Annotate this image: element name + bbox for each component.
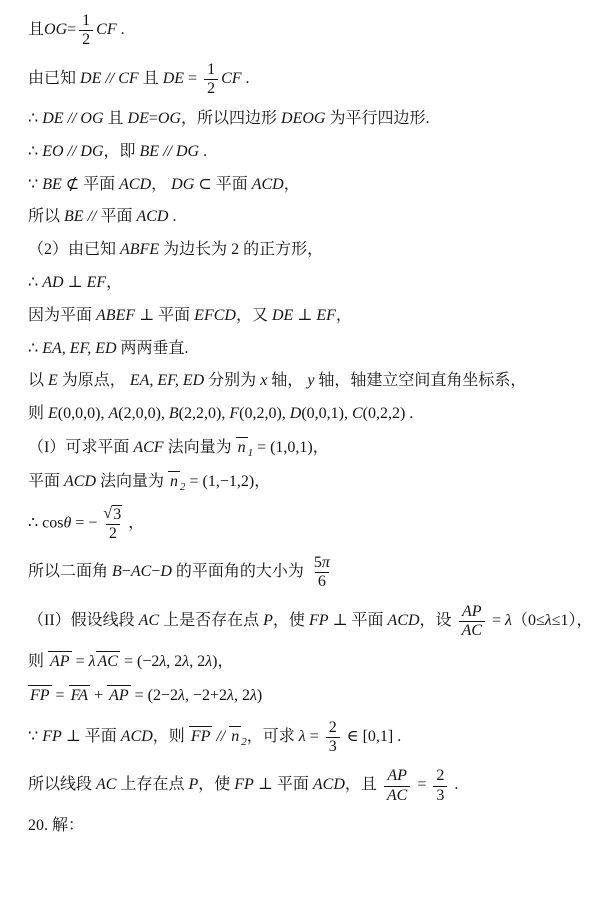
math-run: F <box>229 405 239 422</box>
fraction: 23 <box>433 767 447 804</box>
fraction: 12 <box>204 61 218 98</box>
text-run: ≤1）， <box>552 612 593 629</box>
text-run: )， <box>212 653 233 670</box>
line-2: 由已知 DE // CF 且 DE = 12CF . <box>28 61 594 98</box>
text-run: 由已知 <box>28 69 80 86</box>
vector-overline: AP <box>48 651 72 671</box>
text-run: 2 <box>436 767 444 784</box>
text-run: 20. 解： <box>28 817 84 834</box>
line-21: 所以线段 AC 上存在点 P，使 FP ⊥ 平面 ACD，且 APAC = 23… <box>28 767 594 804</box>
text-run: ∵ <box>28 176 42 193</box>
denominator: 3 <box>326 737 340 755</box>
math-run: AC <box>131 563 151 580</box>
text-run: ⊥ 平面 <box>254 776 313 793</box>
text-run: （0≤ <box>512 612 545 629</box>
text-run: − <box>122 563 131 580</box>
denominator: AC <box>384 786 410 804</box>
math-run: OG <box>158 110 181 127</box>
line-6: 所以 BE // 平面 ACD . <box>28 207 594 228</box>
fraction: 12 <box>79 12 93 49</box>
line-17: （II）假设线段 AC 上是否存在点 P，使 FP ⊥ 平面 ACD，设 APA… <box>28 603 594 640</box>
math-run: λ <box>299 728 306 745</box>
text-run: 平面 <box>28 473 64 490</box>
text-run: 3 <box>436 787 444 804</box>
math-run: FP <box>30 687 50 704</box>
square-root: √3 <box>103 505 122 523</box>
math-run: AD <box>42 274 63 291</box>
text-run: ， <box>106 274 122 291</box>
line-15: ∴ cosθ = −√32， <box>28 505 594 543</box>
text-run: (0,2,2) . <box>363 405 414 422</box>
vector-overline: AC <box>96 651 120 671</box>
text-run: (0,0,1), <box>301 405 352 422</box>
text-run: 以 <box>28 372 48 389</box>
math-run: AC <box>139 612 159 629</box>
math-run: FP <box>309 612 329 629</box>
math-run: CF <box>96 21 116 38</box>
math-run: AP <box>50 653 70 670</box>
math-run: λ <box>545 612 552 629</box>
text-run: ⊥ 平面 <box>62 728 121 745</box>
text-run: 2 <box>329 719 337 736</box>
text-run: 1 <box>207 61 215 78</box>
math-run: P <box>263 612 273 629</box>
text-run: 为边长为 2 的正方形， <box>159 241 323 258</box>
math-run: DE <box>163 69 184 86</box>
math-run: λ <box>505 612 512 629</box>
vector-overline: n <box>168 471 180 491</box>
math-run: BE // DG <box>140 143 200 160</box>
text-run: 的平面角的大小为 <box>172 563 308 580</box>
math-run: ACD <box>252 176 284 193</box>
text-run: ⊥ <box>64 274 87 291</box>
numerator: 2 <box>433 767 447 785</box>
math-run: ACD <box>313 776 345 793</box>
text-run: 为原点， <box>58 372 130 389</box>
math-run: n <box>170 473 178 490</box>
text-run: ∴ <box>28 274 42 291</box>
radical-sign: √ <box>103 505 112 522</box>
text-run: 所以 <box>28 208 64 225</box>
text-run: （2）由已知 <box>28 241 120 258</box>
text-run: ， <box>128 514 144 531</box>
text-run: 两两垂直. <box>117 340 189 357</box>
math-run: AC <box>96 776 116 793</box>
text-run: 分别为 <box>204 372 260 389</box>
math-run: AP <box>387 767 407 784</box>
math-run: C <box>352 405 363 422</box>
text-run: (0,0,0), <box>58 405 109 422</box>
text-run: ∵ <box>28 728 42 745</box>
numerator: AP <box>384 767 410 785</box>
line-7: （2）由已知 ABFE 为边长为 2 的正方形， <box>28 240 594 261</box>
text-run: 所以线段 <box>28 776 96 793</box>
math-run: AC <box>462 622 482 639</box>
math-run: OG <box>44 21 67 38</box>
fraction: 23 <box>326 719 340 756</box>
text-run: . <box>117 21 125 38</box>
text-run: 轴， <box>267 372 307 389</box>
fraction: APAC <box>459 603 485 640</box>
text-run: 且 <box>28 21 44 38</box>
math-run: λ <box>89 653 96 670</box>
vector-overline: AP <box>107 685 131 705</box>
text-run: = <box>67 21 76 38</box>
text-run: ，且 <box>345 776 381 793</box>
line-13: （I）可求平面 ACF 法向量为 n1 = (1,0,1)， <box>28 437 594 459</box>
math-run: EFCD <box>194 307 236 324</box>
text-run: 且 <box>139 69 163 86</box>
text-run: ⊥ <box>293 307 316 324</box>
math-run: n <box>238 439 246 456</box>
text-run: 因为平面 <box>28 307 96 324</box>
text-run: ，即 <box>104 143 140 160</box>
math-run: π <box>322 554 330 571</box>
denominator: 2 <box>106 524 120 542</box>
text-run: ∴ <box>28 340 42 357</box>
math-run: EO // DG <box>42 143 103 160</box>
text-run: 2 <box>109 525 117 542</box>
math-run: ABEF <box>96 307 135 324</box>
text-run: 上存在点 <box>116 776 188 793</box>
text-run: (2,2,0), <box>179 405 230 422</box>
math-run: AP <box>109 687 129 704</box>
math-run: ABFE <box>120 241 159 258</box>
text-run: 上是否存在点 <box>159 612 263 629</box>
text-run: ，使 <box>198 776 234 793</box>
denominator: 2 <box>204 79 218 97</box>
text-run: 为平行四边形. <box>325 110 429 127</box>
math-run: ACD <box>64 473 96 490</box>
text-run: = <box>184 69 201 86</box>
text-run: . <box>450 776 458 793</box>
text-run: ， <box>151 176 171 193</box>
math-run: A <box>108 405 118 422</box>
math-run: FP <box>191 728 211 745</box>
text-run: , 2 <box>166 653 182 670</box>
text-run: ⊄ 平面 <box>62 176 119 193</box>
math-run: E <box>48 372 58 389</box>
line-8: ∴ AD ⊥ EF， <box>28 273 594 294</box>
text-run: 1 <box>82 12 90 29</box>
math-run: λ <box>227 687 234 704</box>
math-run: DE // OG <box>42 110 103 127</box>
text-run: ∴ cos <box>28 514 64 531</box>
document-page: 且OG=12CF .由已知 DE // CF 且 DE = 12CF .∴ DE… <box>0 0 608 919</box>
text-run: ⊥ 平面 <box>135 307 194 324</box>
text-run: ∈ [0,1] . <box>343 728 402 745</box>
text-run: （I）可求平面 <box>28 439 133 456</box>
line-5: ∵ BE ⊄ 平面 ACD， DG ⊂ 平面 ACD， <box>28 175 594 196</box>
fraction: APAC <box>384 767 410 804</box>
math-run: AC <box>98 653 118 670</box>
line-9: 因为平面 ABEF ⊥ 平面 EFCD，又 DE ⊥ EF， <box>28 306 594 327</box>
text-run: (2,0,0), <box>118 405 169 422</box>
math-run: ACD <box>388 612 420 629</box>
math-run: CF <box>221 69 241 86</box>
math-run: λ <box>178 687 185 704</box>
denominator: 6 <box>315 572 329 590</box>
text-run: 所以二面角 <box>28 563 112 580</box>
denominator: 2 <box>79 30 93 48</box>
line-3: ∴ DE // OG 且 DE=OG，所以四边形 DEOG 为平行四边形. <box>28 109 594 130</box>
math-run: E <box>48 405 58 422</box>
text-run: (0,2,0), <box>239 405 290 422</box>
math-run: DE <box>272 307 293 324</box>
text-run: ，可求 <box>247 728 299 745</box>
math-run: ACD <box>136 208 168 225</box>
math-run: AP <box>462 603 482 620</box>
text-run: ∴ <box>28 110 42 127</box>
math-run: DE <box>128 110 149 127</box>
text-run: 5 <box>314 554 322 571</box>
text-run: ，设 <box>420 612 456 629</box>
math-run: D <box>160 563 172 580</box>
text-run: . <box>168 208 176 225</box>
text-run: 法向量为 <box>164 439 236 456</box>
text-run: . <box>242 69 250 86</box>
text-run: , 2 <box>189 653 205 670</box>
text-run: , −2+2 <box>185 687 227 704</box>
text-run: 则 <box>28 405 48 422</box>
text-run: , 2 <box>234 687 250 704</box>
text-run: ，则 <box>153 728 189 745</box>
text-run: 平面 <box>96 208 136 225</box>
text-run: = (2−2 <box>131 687 178 704</box>
line-18: 则 AP = λAC = (−2λ, 2λ, 2λ)， <box>28 651 594 673</box>
line-14: 平面 ACD 法向量为 n2 = (1,−1,2)， <box>28 471 594 493</box>
fraction: √32 <box>100 505 125 543</box>
text-run: ，所以四边形 <box>181 110 281 127</box>
text-run: = <box>413 776 430 793</box>
text-run: = <box>149 110 158 127</box>
text-run: ， <box>284 176 300 193</box>
text-run: − <box>151 563 160 580</box>
text-run: 2 <box>207 80 215 97</box>
numerator: AP <box>459 603 485 621</box>
math-run: DEOG <box>281 110 325 127</box>
math-run: EA, EF, ED <box>42 340 116 357</box>
math-run: B <box>169 405 179 422</box>
text-run: ⊥ 平面 <box>328 612 387 629</box>
numerator: 5π <box>311 554 333 572</box>
math-run: FP <box>234 776 254 793</box>
numerator: 1 <box>79 12 93 30</box>
math-run: AC <box>387 787 407 804</box>
vector-overline: FP <box>28 685 52 705</box>
text-run: = <box>52 687 69 704</box>
numerator: 2 <box>326 719 340 737</box>
text-run: 则 <box>28 653 48 670</box>
vector-overline: FP <box>189 726 213 746</box>
text-run: ， <box>336 307 352 324</box>
math-run: BE <box>42 176 62 193</box>
line-1: 且OG=12CF . <box>28 12 594 49</box>
vector-overline: n <box>236 437 248 457</box>
numerator: √3 <box>100 505 125 524</box>
vector-overline: FA <box>69 685 90 705</box>
math-run: BE // <box>64 208 96 225</box>
math-run: ACF <box>133 439 163 456</box>
text-run: 且 <box>104 110 128 127</box>
text-run: = <box>72 653 89 670</box>
math-run: ACD <box>119 176 151 193</box>
math-run: FA <box>71 687 88 704</box>
text-run: + <box>90 687 107 704</box>
solution-content: 且OG=12CF .由已知 DE // CF 且 DE = 12CF .∴ DE… <box>28 12 594 837</box>
line-11: 以 E 为原点， EA, EF, ED 分别为 x 轴， y 轴，轴建立空间直角… <box>28 371 594 392</box>
text-run: = − <box>71 514 97 531</box>
math-run: B <box>112 563 122 580</box>
math-run: // <box>212 728 229 745</box>
math-run: P <box>188 776 198 793</box>
math-run: λ <box>250 687 257 704</box>
numerator: 1 <box>204 61 218 79</box>
text-run: ，又 <box>236 307 272 324</box>
math-run: EF <box>87 274 107 291</box>
denominator: AC <box>459 621 485 639</box>
text-run: ) <box>257 687 262 704</box>
math-run: ACD <box>121 728 153 745</box>
text-run: . <box>199 143 207 160</box>
text-run: = (−2 <box>120 653 159 670</box>
vector-overline: n <box>229 726 241 746</box>
text-run: 2 <box>82 31 90 48</box>
text-run: = <box>488 612 505 629</box>
radicand: 3 <box>112 505 122 523</box>
text-run: = (1,−1,2)， <box>186 473 271 490</box>
line-4: ∴ EO // DG，即 BE // DG . <box>28 142 594 163</box>
text-run: ⊂ 平面 <box>194 176 251 193</box>
line-10: ∴ EA, EF, ED 两两垂直. <box>28 339 594 360</box>
math-run: n <box>231 728 239 745</box>
line-19: FP = FA + AP = (2−2λ, −2+2λ, 2λ) <box>28 685 594 707</box>
math-run: FP <box>42 728 62 745</box>
math-run: D <box>290 405 302 422</box>
text-run: = (1,0,1)， <box>253 439 329 456</box>
text-run: ，使 <box>273 612 309 629</box>
line-16: 所以二面角 B−AC−D 的平面角的大小为 5π6 <box>28 554 594 591</box>
math-run: EF <box>316 307 336 324</box>
line-20: ∵ FP ⊥ 平面 ACD，则 FP // n2，可求 λ = 23 ∈ [0,… <box>28 719 594 756</box>
math-run: DE // CF <box>80 69 139 86</box>
math-run: DG <box>171 176 194 193</box>
fraction: 5π6 <box>311 554 333 591</box>
denominator: 3 <box>433 786 447 804</box>
text-run: = <box>306 728 323 745</box>
line-22: 20. 解： <box>28 816 594 837</box>
text-run: ∴ <box>28 143 42 160</box>
text-run: 6 <box>318 573 326 590</box>
line-12: 则 E(0,0,0), A(2,0,0), B(2,2,0), F(0,2,0)… <box>28 404 594 425</box>
math-run: EA, EF, ED <box>130 372 204 389</box>
text-run: （II）假设线段 <box>28 612 139 629</box>
text-run: 轴，轴建立空间直角坐标系， <box>314 372 526 389</box>
text-run: 法向量为 <box>96 473 168 490</box>
text-run: 3 <box>329 738 337 755</box>
